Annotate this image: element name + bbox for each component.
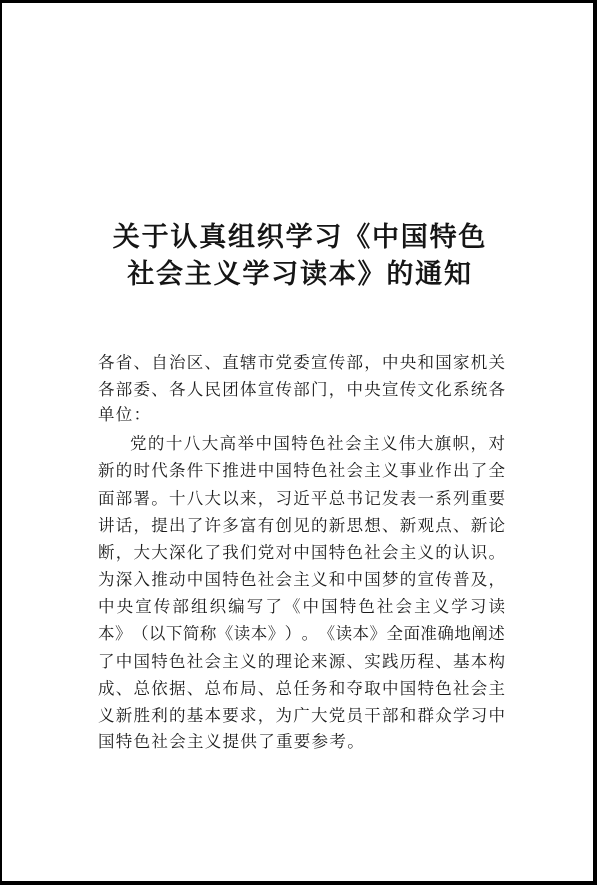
document-body: 各省、自治区、直辖市党委宣传部，中央和国家机关各部委、各人民团体宣传部门，中央宣… <box>98 347 505 755</box>
body-line: 各部委、各人民团体宣传部门，中央宣传文化系统各 <box>98 374 505 401</box>
body-line: 义新胜利的基本要求，为广大党员干部和群众学习中 <box>98 700 505 727</box>
body-line: 新的时代条件下推进中国特色社会主义事业作出了全 <box>98 456 505 483</box>
body-line: 讲话，提出了许多富有创见的新思想、新观点、新论 <box>98 510 505 537</box>
body-line: 断，大大深化了我们党对中国特色社会主义的认识。 <box>98 537 505 564</box>
body-line: 党的十八大高举中国特色社会主义伟大旗帜，对 <box>98 429 505 456</box>
document-title-line-1: 关于认真组织学习《中国特色 <box>0 219 600 256</box>
document-title-line-2: 社会主义学习读本》的通知 <box>0 256 600 293</box>
body-line: 国特色社会主义提供了重要参考。 <box>98 728 505 755</box>
body-line: 面部署。十八大以来，习近平总书记发表一系列重要 <box>98 483 505 510</box>
body-line: 成、总依据、总布局、总任务和夺取中国特色社会主 <box>98 673 505 700</box>
body-line: 各省、自治区、直辖市党委宣传部，中央和国家机关 <box>98 347 505 374</box>
document-title: 关于认真组织学习《中国特色 社会主义学习读本》的通知 <box>0 219 600 293</box>
body-line: 为深入推动中国特色社会主义和中国梦的宣传普及， <box>98 565 505 592</box>
scanned-page: 关于认真组织学习《中国特色 社会主义学习读本》的通知 各省、自治区、直辖市党委宣… <box>0 0 600 889</box>
body-line: 中央宣传部组织编写了《中国特色社会主义学习读 <box>98 592 505 619</box>
body-line: 单位： <box>98 401 505 428</box>
body-line: 本》（以下简称《读本》）。《读本》全面准确地阐述 <box>98 619 505 646</box>
body-line: 了中国特色社会主义的理论来源、实践历程、基本构 <box>98 646 505 673</box>
